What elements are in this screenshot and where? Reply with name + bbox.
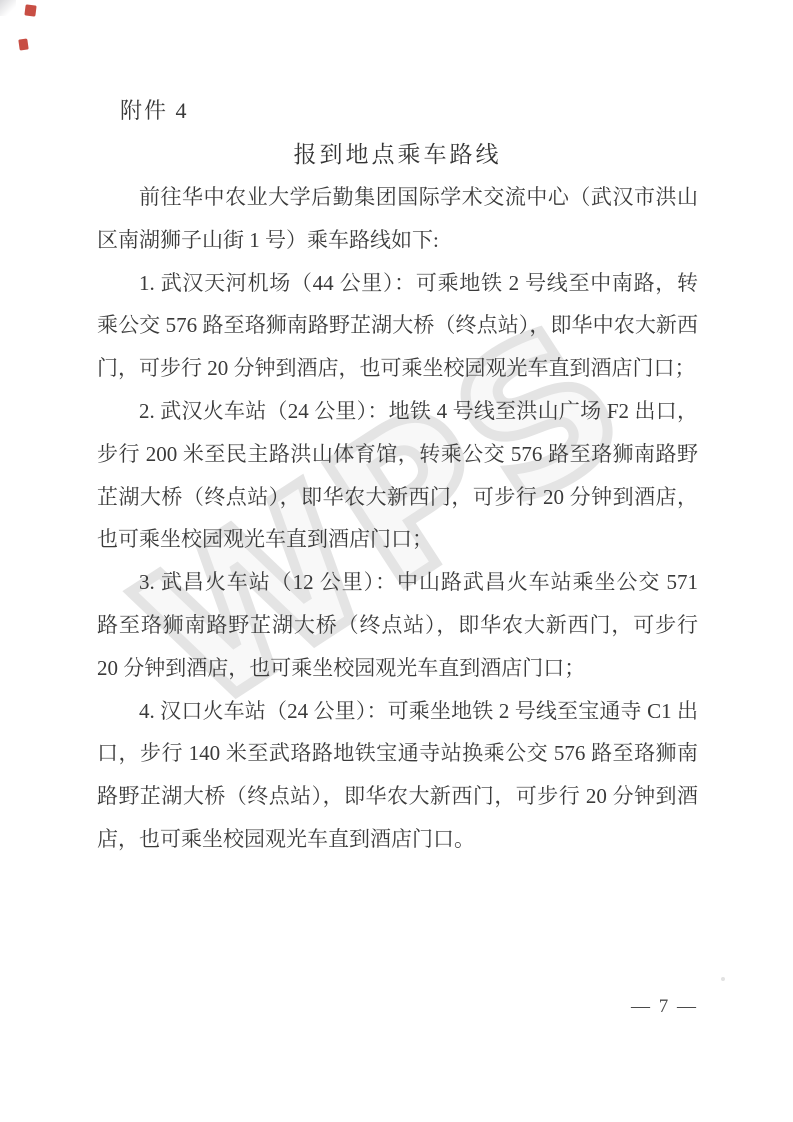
paragraph-route-4-hankou-station: 4. 汉口火车站（24 公里）：可乘坐地铁 2 号线至宝通寺 C1 出口，步行 … xyxy=(97,690,698,861)
body-text: 前往华中农业大学后勤集团国际学术交流中心（武汉市洪山区南湖狮子山街 1 号）乘车… xyxy=(97,176,698,861)
page-number: — 7 — xyxy=(97,996,698,1018)
attachment-label: 附件 4 xyxy=(120,94,189,125)
scanned-document-page: WPS 附件 4 报到地点乘车路线 前往华中农业大学后勤集团国际学术交流中心（武… xyxy=(0,0,793,1122)
paragraph-route-3-wuchang-station: 3. 武昌火车站（12 公里）：中山路武昌火车站乘坐公交 571 路至珞狮南路野… xyxy=(97,561,698,689)
scan-speck xyxy=(721,977,725,981)
paragraph-route-2-wuhan-station: 2. 武汉火车站（24 公里）：地铁 4 号线至洪山广场 F2 出口，步行 20… xyxy=(97,390,698,561)
document-content: 附件 4 报到地点乘车路线 前往华中农业大学后勤集团国际学术交流中心（武汉市洪山… xyxy=(0,0,793,1122)
paragraph-intro: 前往华中农业大学后勤集团国际学术交流中心（武汉市洪山区南湖狮子山街 1 号）乘车… xyxy=(97,176,698,262)
paragraph-route-1-tianhe-airport: 1. 武汉天河机场（44 公里）：可乘地铁 2 号线至中南路，转乘公交 576 … xyxy=(97,262,698,390)
page-title: 报到地点乘车路线 xyxy=(97,136,698,169)
